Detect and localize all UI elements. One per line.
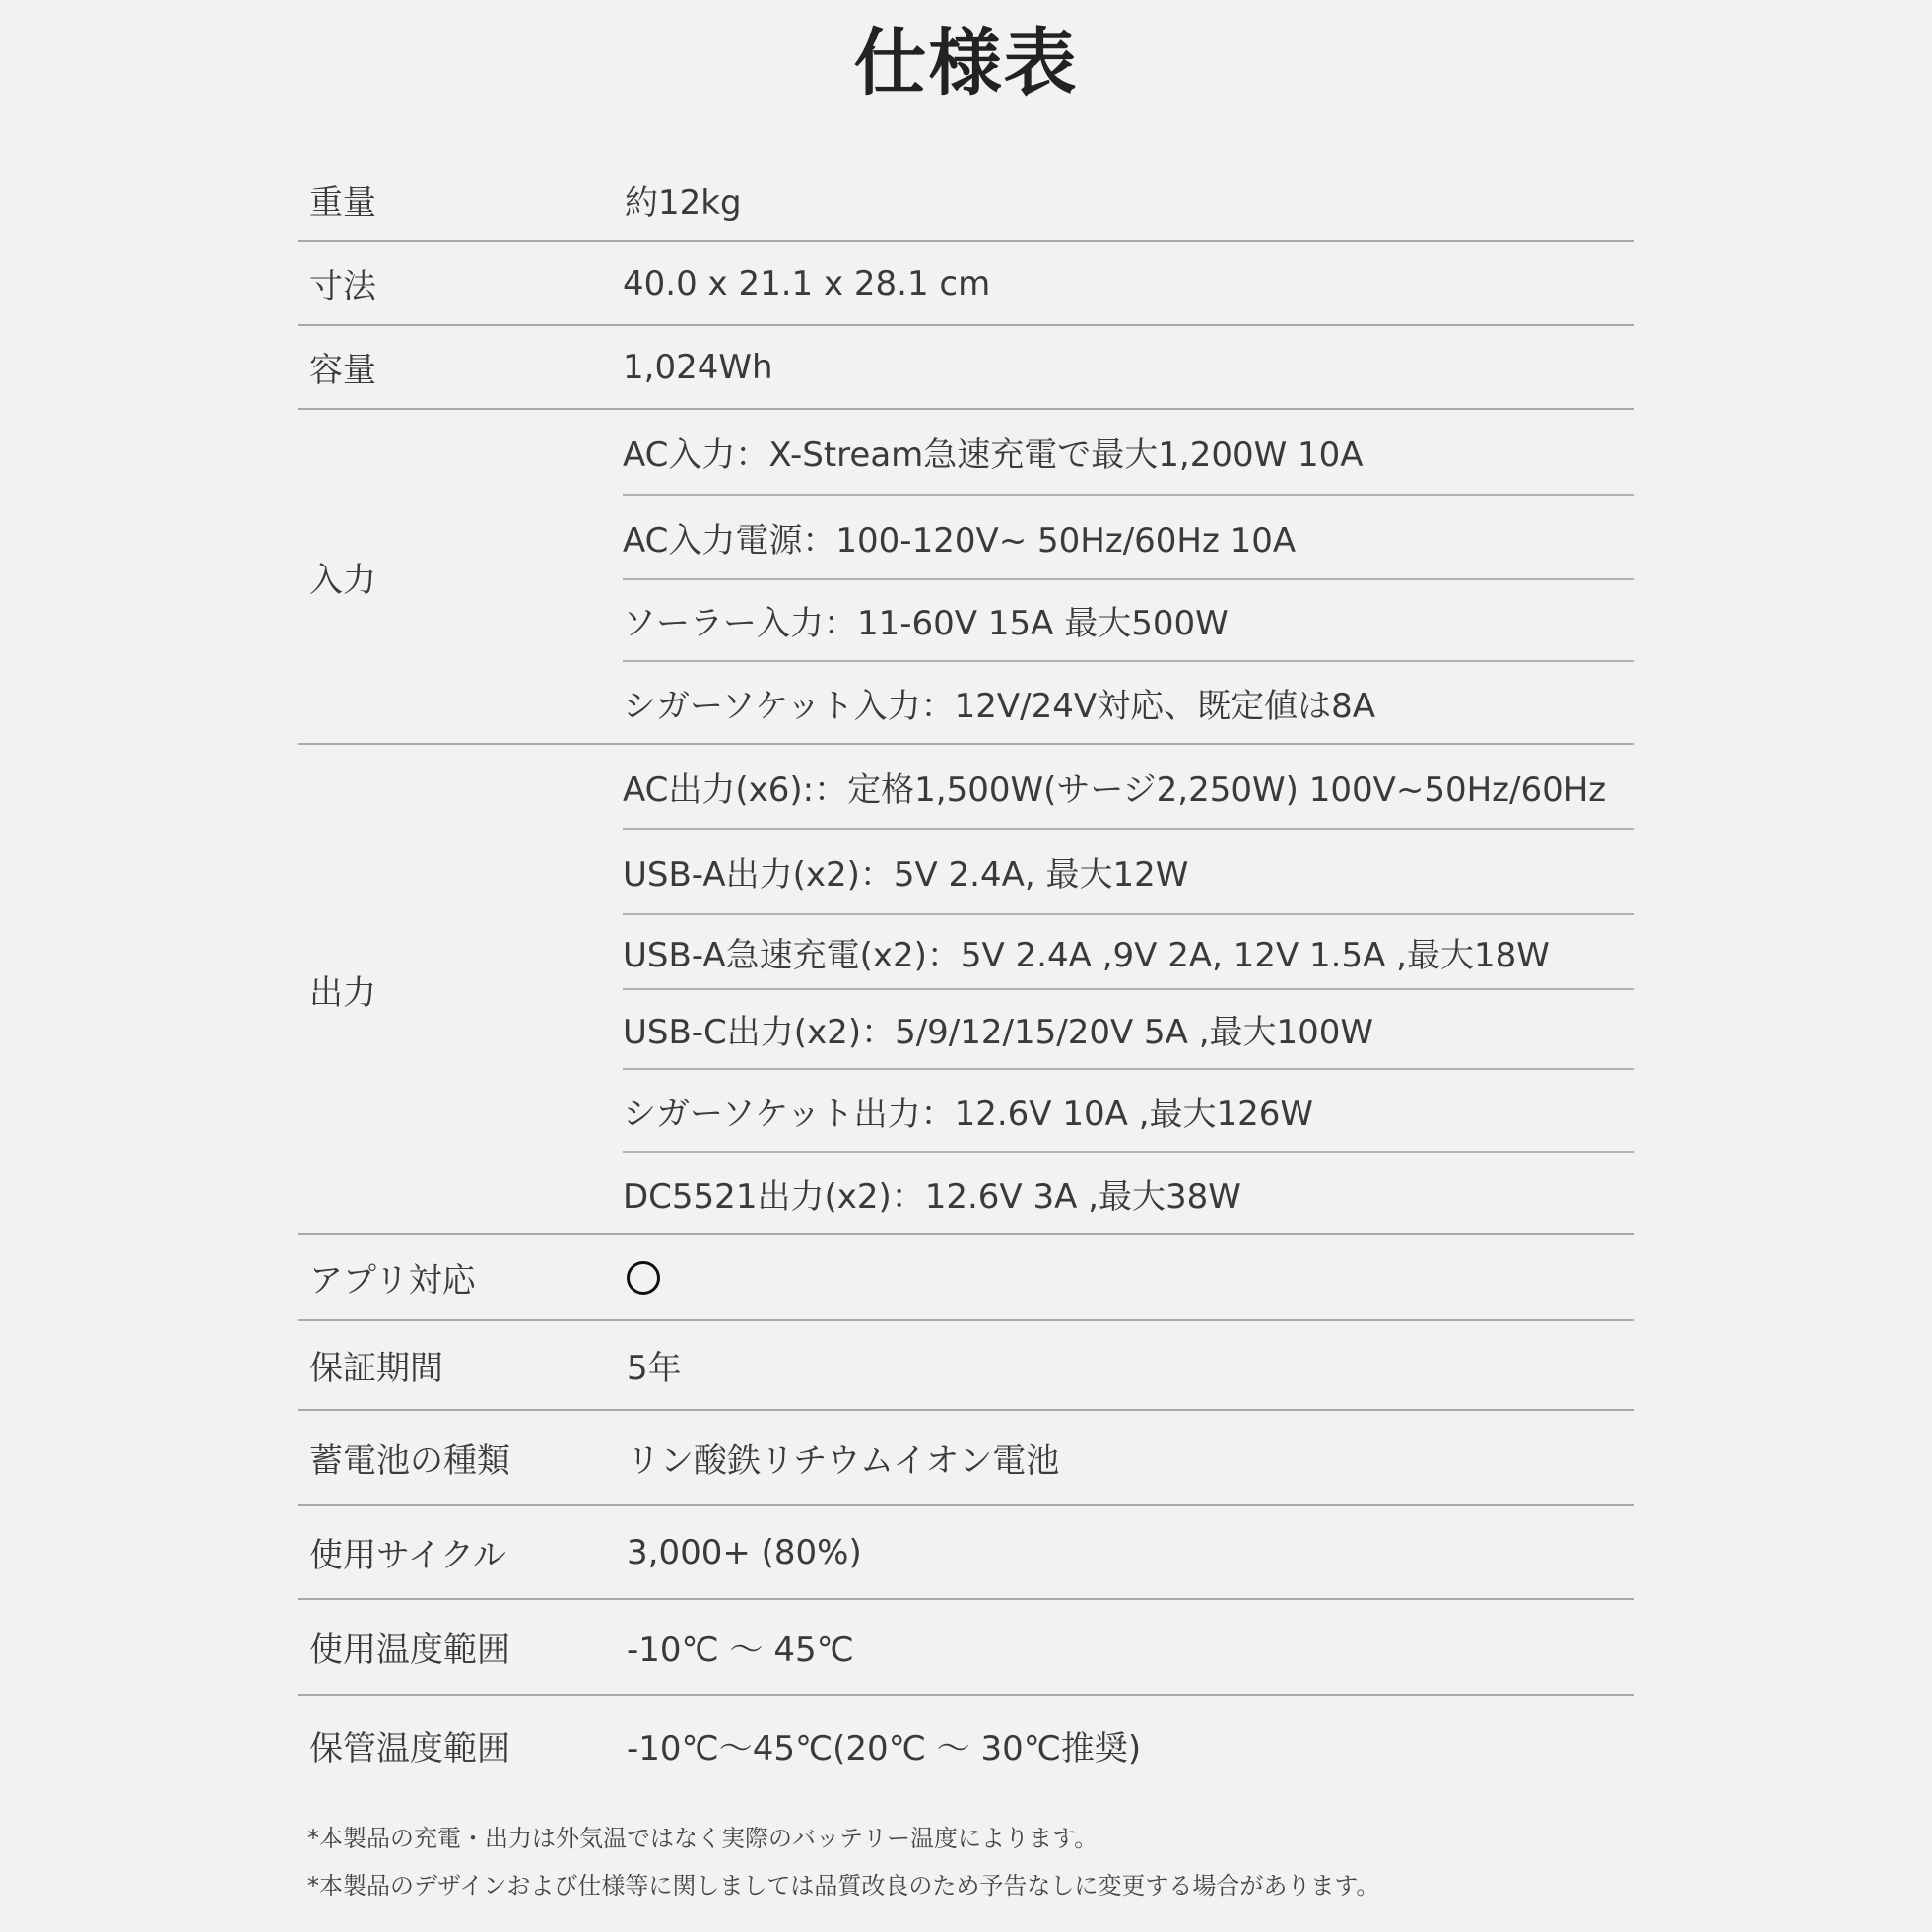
spec-label: 出力 (298, 745, 623, 1233)
spec-value: -10℃ ～ 45℃ (623, 1600, 1634, 1694)
spec-value: 5年 (623, 1321, 1634, 1409)
circle-mark-icon (627, 1261, 660, 1295)
spec-label: 保証期間 (298, 1321, 623, 1409)
spec-value: -10℃～45℃(20℃ ～ 30℃推奨) (623, 1696, 1634, 1794)
spec-row-app: アプリ対応 (298, 1235, 1634, 1321)
spec-subitem: USB-A出力(x2)：5V 2.4A, 最大12W (623, 830, 1634, 915)
spec-row-capacity: 容量 1,024Wh (298, 326, 1634, 410)
spec-subitem: USB-A急速充電(x2)：5V 2.4A ,9V 2A, 12V 1.5A ,… (623, 915, 1634, 990)
spec-value: リン酸鉄リチウムイオン電池 (623, 1411, 1634, 1504)
spec-row-output: 出力 AC出力(x6):：定格1,500W(サージ2,250W) 100V~50… (298, 745, 1634, 1235)
spec-subitem: AC入力：X-Stream急速充電で最大1,200W 10A (623, 410, 1634, 496)
spec-label: 使用温度範囲 (298, 1600, 623, 1694)
spec-value (623, 1235, 1634, 1319)
spec-label: 保管温度範囲 (298, 1696, 623, 1794)
spec-label: アプリ対応 (298, 1235, 623, 1319)
spec-row-operating-temp: 使用温度範囲 -10℃ ～ 45℃ (298, 1600, 1634, 1696)
spec-sublist: AC出力(x6):：定格1,500W(サージ2,250W) 100V~50Hz/… (623, 745, 1634, 1233)
spec-value: 3,000+ (80%) (623, 1506, 1634, 1598)
spec-label: 容量 (298, 326, 623, 408)
spec-row-dimensions: 寸法 40.0 x 21.1 x 28.1 cm (298, 242, 1634, 326)
spec-value: 40.0 x 21.1 x 28.1 cm (623, 242, 1634, 324)
spec-label: 寸法 (298, 242, 623, 324)
spec-label: 入力 (298, 410, 623, 743)
spec-sublist: AC入力：X-Stream急速充電で最大1,200W 10A AC入力電源：10… (623, 410, 1634, 743)
spec-subitem: AC出力(x6):：定格1,500W(サージ2,250W) 100V~50Hz/… (623, 745, 1634, 830)
spec-subitem: AC入力電源：100-120V~ 50Hz/60Hz 10A (623, 496, 1634, 580)
spec-label: 蓄電池の種類 (298, 1411, 623, 1504)
spec-label: 重量 (298, 158, 623, 240)
footnote: *本製品の充電・出力は外気温ではなく実際のバッテリー温度によります。 (307, 1815, 1379, 1862)
spec-value: 約12kg (623, 158, 1634, 240)
spec-table: 重量 約12kg 寸法 40.0 x 21.1 x 28.1 cm 容量 1,0… (298, 158, 1634, 1794)
spec-subitem: シガーソケット入力：12V/24V対応、既定値は8A (623, 662, 1634, 743)
spec-row-storage-temp: 保管温度範囲 -10℃～45℃(20℃ ～ 30℃推奨) (298, 1696, 1634, 1794)
spec-label: 使用サイクル (298, 1506, 623, 1598)
spec-row-warranty: 保証期間 5年 (298, 1321, 1634, 1411)
spec-row-battery-type: 蓄電池の種類 リン酸鉄リチウムイオン電池 (298, 1411, 1634, 1506)
spec-row-input: 入力 AC入力：X-Stream急速充電で最大1,200W 10A AC入力電源… (298, 410, 1634, 745)
footnotes: *本製品の充電・出力は外気温ではなく実際のバッテリー温度によります。 *本製品の… (307, 1815, 1379, 1909)
spec-row-weight: 重量 約12kg (298, 158, 1634, 242)
spec-value: 1,024Wh (623, 326, 1634, 408)
spec-subitem: シガーソケット出力：12.6V 10A ,最大126W (623, 1070, 1634, 1153)
page-title: 仕様表 (0, 14, 1932, 112)
spec-subitem: DC5521出力(x2)：12.6V 3A ,最大38W (623, 1153, 1634, 1233)
spec-subitem: USB-C出力(x2)：5/9/12/15/20V 5A ,最大100W (623, 990, 1634, 1070)
spec-subitem: ソーラー入力：11-60V 15A 最大500W (623, 580, 1634, 662)
footnote: *本製品のデザインおよび仕様等に関しましては品質改良のため予告なしに変更する場合… (307, 1862, 1379, 1909)
spec-row-cycles: 使用サイクル 3,000+ (80%) (298, 1506, 1634, 1600)
